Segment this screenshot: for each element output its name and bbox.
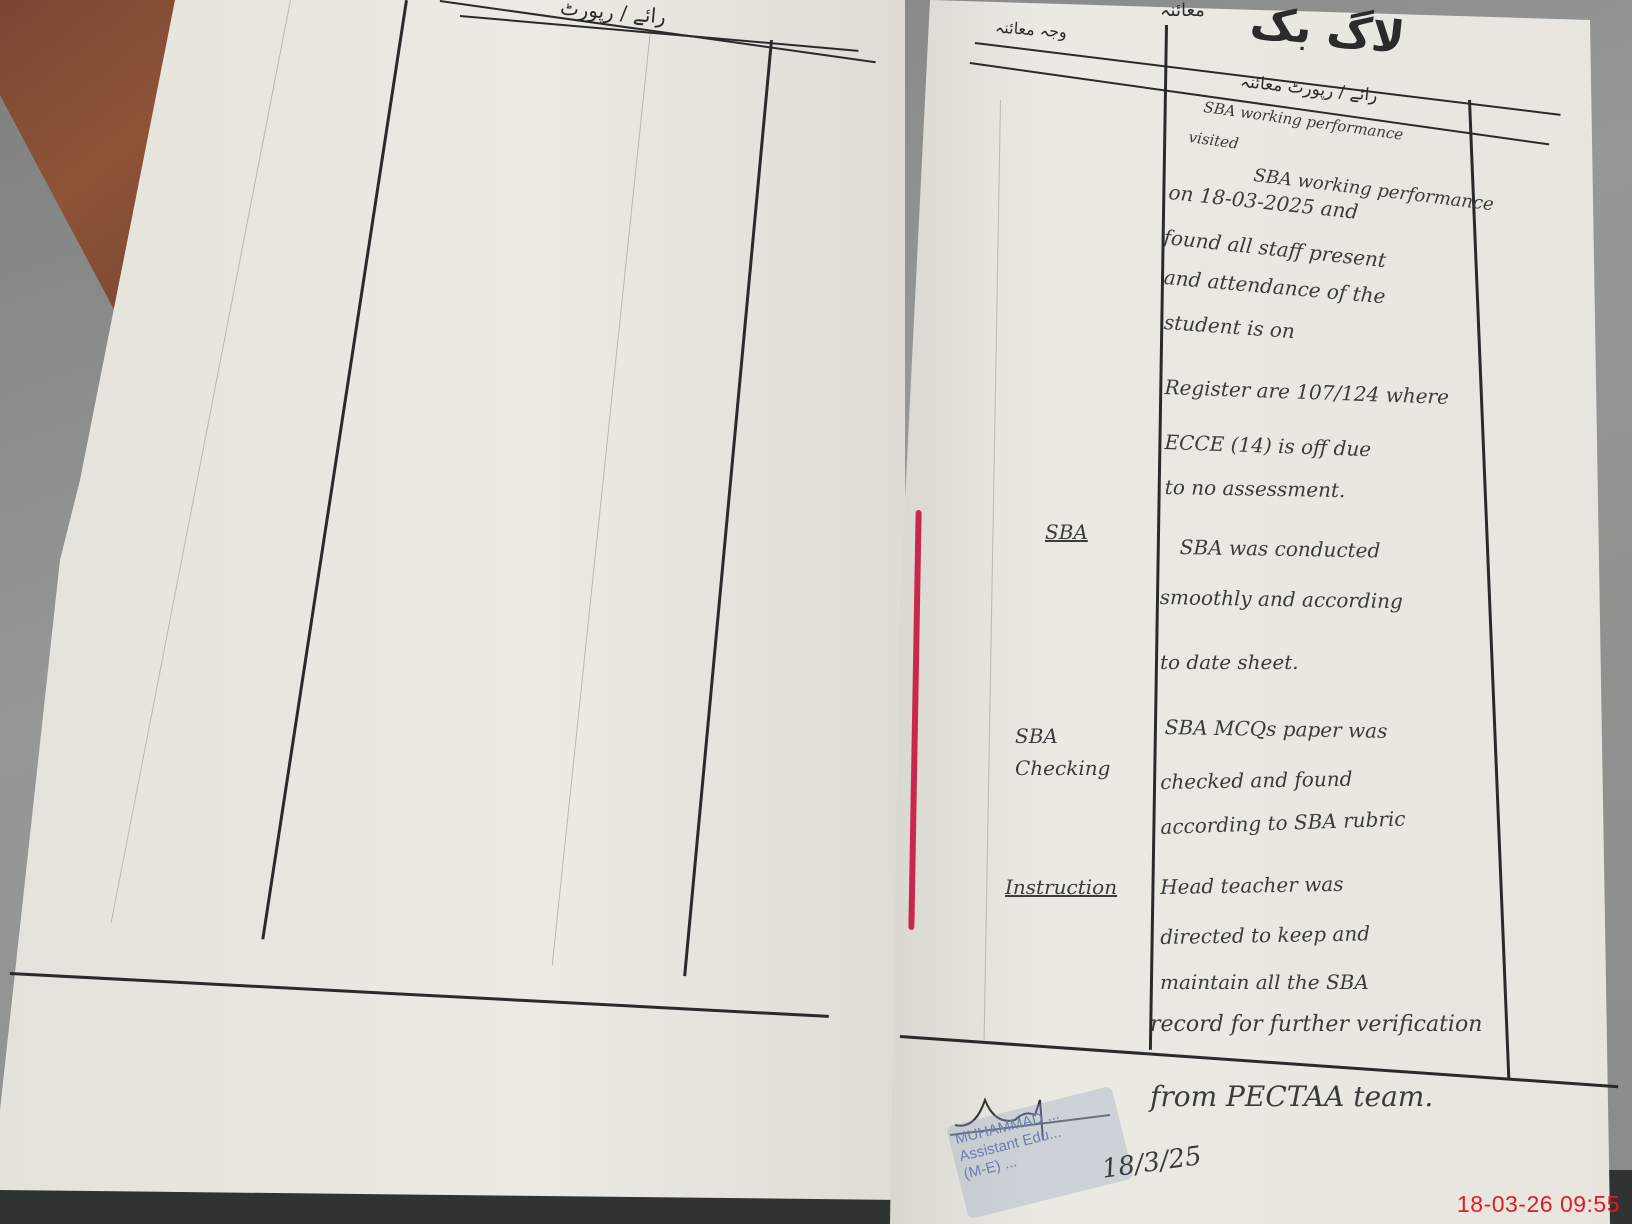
handwritten-line: Head teacher was xyxy=(1160,872,1344,899)
handwritten-line: from PECTAA team. xyxy=(1150,1080,1433,1113)
handwritten-line: to no assessment. xyxy=(1165,475,1346,502)
handwritten-line: checked and found xyxy=(1160,767,1353,794)
handwritten-line: smoothly and according xyxy=(1160,585,1403,613)
handwritten-line: SBA was conducted xyxy=(1180,535,1381,562)
top-note-urdu: معائنہ xyxy=(1160,0,1205,21)
handwritten-line: maintain all the SBA xyxy=(1160,970,1369,994)
photo-timestamp-overlay: 18-03-26 09:55 xyxy=(1457,1191,1620,1218)
section-label: Instruction xyxy=(1005,875,1117,899)
section-label: SBA Checking xyxy=(1015,720,1125,784)
handwritten-line: directed to keep and xyxy=(1160,921,1370,949)
handwritten-line: to date sheet. xyxy=(1160,650,1299,674)
handwritten-line: SBA MCQs paper was xyxy=(1165,715,1388,743)
handwritten-line: record for further verification xyxy=(1150,1012,1482,1037)
section-label: SBA xyxy=(1045,520,1088,544)
